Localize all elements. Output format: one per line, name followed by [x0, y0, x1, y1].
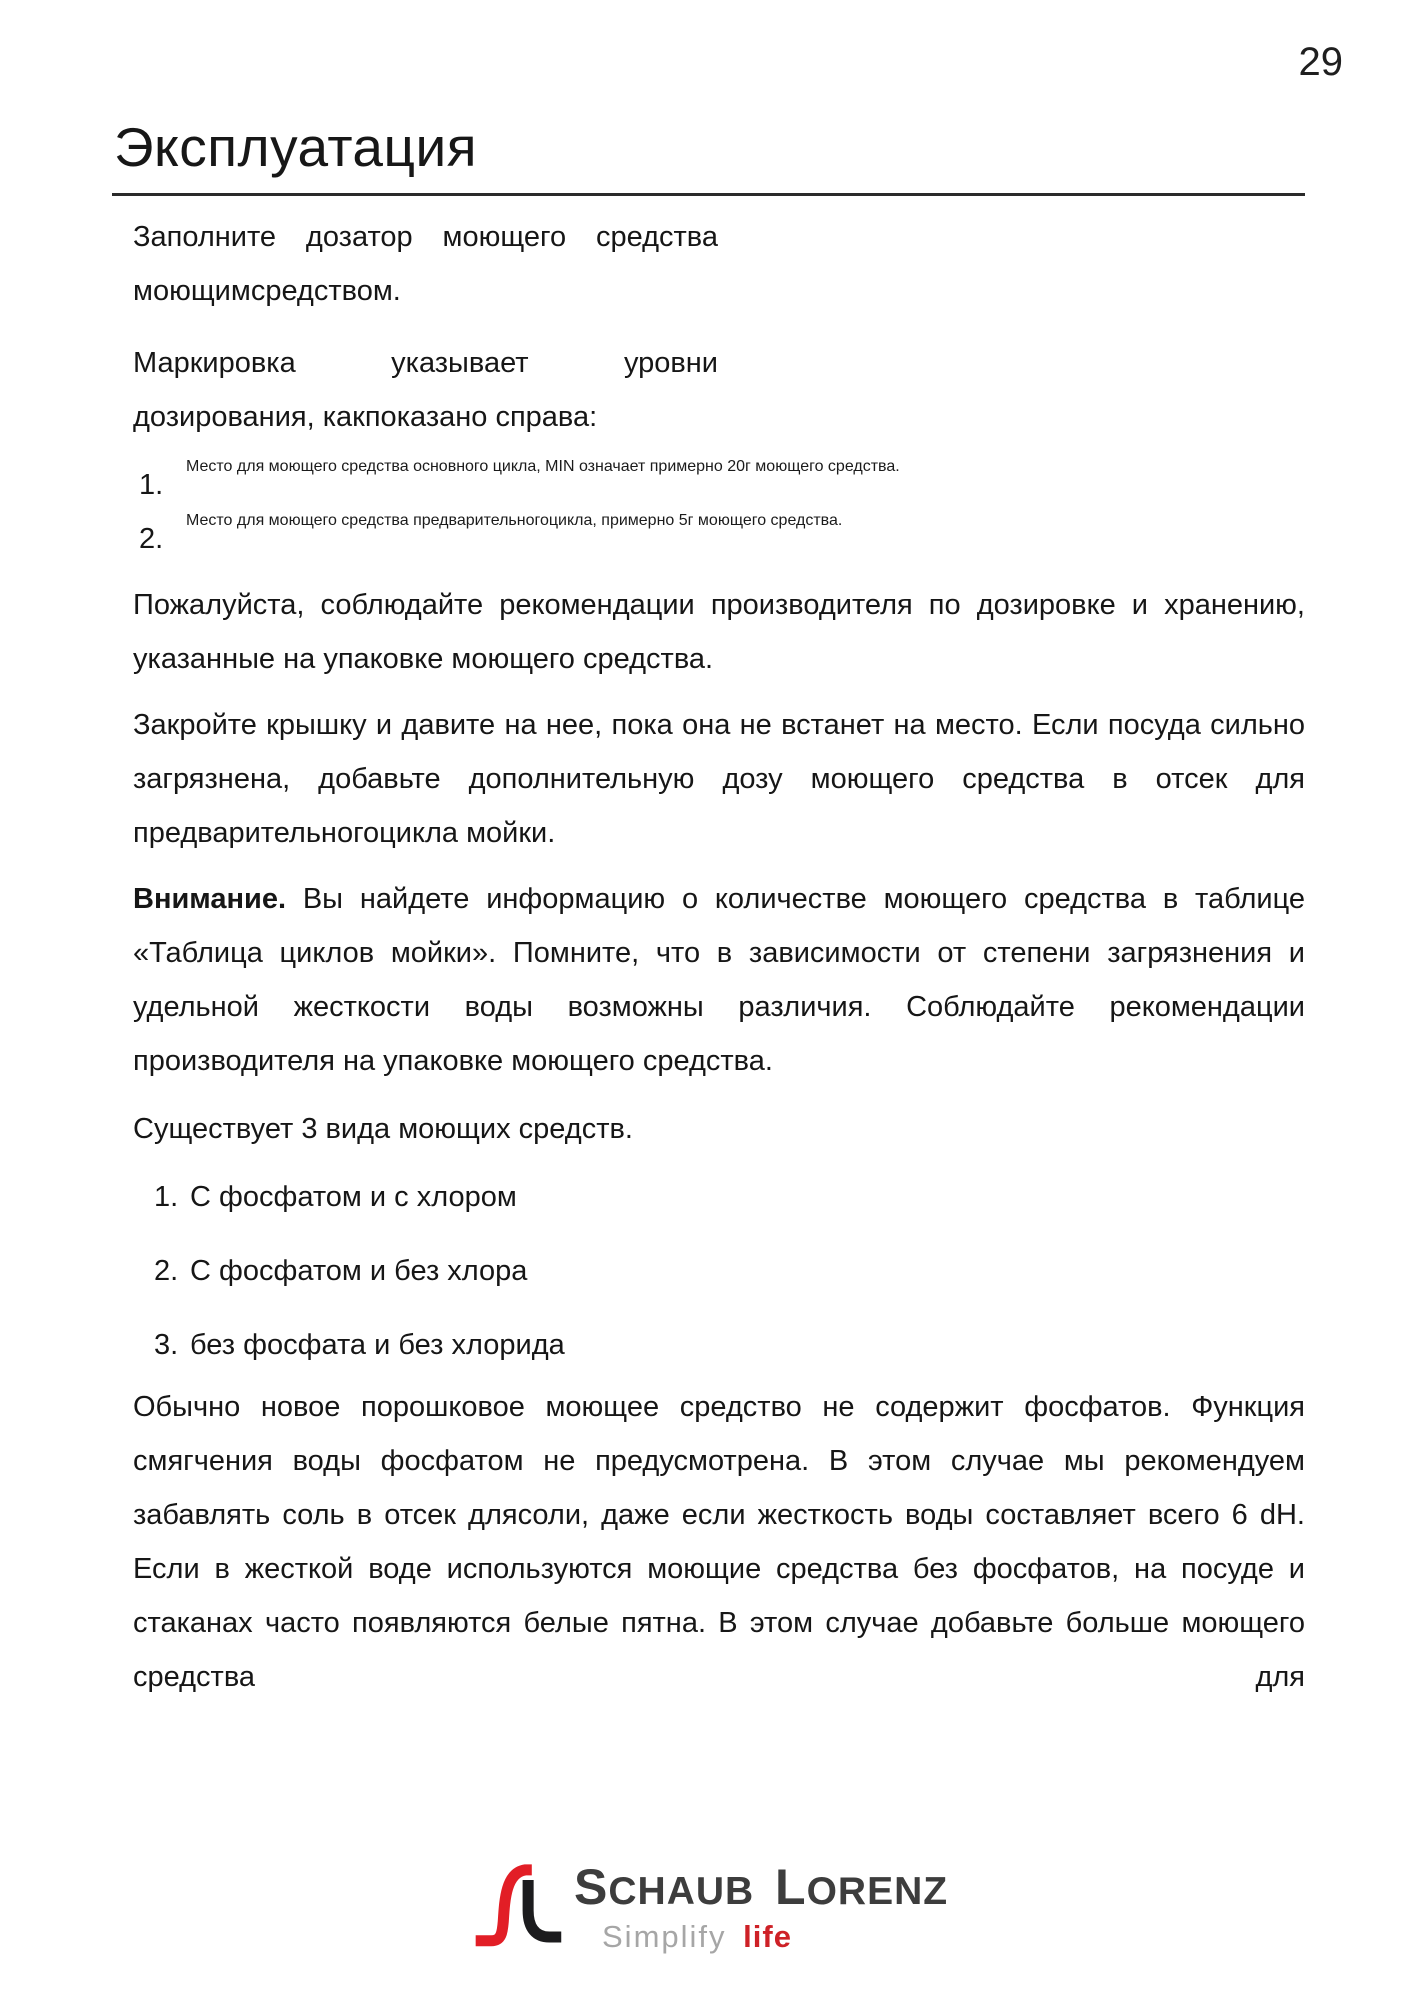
list-item: 2. Место для моющего средства предварите… — [133, 512, 1305, 566]
types-intro-paragraph: Существует 3 вида моющих средств. — [133, 1102, 1305, 1156]
attention-paragraph: Внимание. Вы найдете информацию о количе… — [133, 872, 1305, 1088]
list-item-text: Место для моющего средства предварительн… — [186, 512, 1305, 566]
manual-page: { "page_number": "29", "title": "Эксплуа… — [0, 0, 1409, 2000]
page-content: Эксплуатация Заполните дозатор моющего с… — [0, 120, 1409, 1704]
final-paragraph: Обычно новое порошковое моющее средство … — [133, 1380, 1305, 1704]
list-item-text: Место для моющего средства основного цик… — [186, 458, 1305, 512]
brand-name: Schaub Lorenz — [574, 1856, 948, 1919]
list-item-number: 2. — [133, 512, 186, 566]
schaub-lorenz-logo-icon — [472, 1856, 564, 1950]
intro-paragraph-1: Заполните дозатор моющего средства моющи… — [133, 210, 718, 318]
list-item-number: 2. — [154, 1244, 190, 1298]
list-item: 1. С фосфатом и с хлором — [154, 1170, 1305, 1224]
page-title: Эксплуатация — [112, 120, 1305, 196]
schaub-lorenz-logo: Schaub Lorenz Simplify life — [472, 1856, 948, 1952]
list-item-number: 3. — [154, 1318, 190, 1372]
tagline-simplify: Simplify — [602, 1919, 727, 1954]
list-item: 3. без фосфата и без хлорида — [154, 1318, 1305, 1372]
list-item-text: С фосфатом и с хлором — [190, 1170, 517, 1224]
brand-word-lorenz: Lorenz — [775, 1856, 948, 1919]
dosage-list: 1. Место для моющего средства основного … — [133, 458, 1305, 566]
list-item-text: без фосфата и без хлорида — [190, 1318, 565, 1372]
close-lid-paragraph: Закройте крышку и давите на нее, пока он… — [133, 698, 1305, 860]
list-item-number: 1. — [133, 458, 186, 512]
brand-tagline: Simplify life — [602, 1921, 948, 1952]
list-item: 2. С фосфатом и без хлора — [154, 1244, 1305, 1298]
list-item: 1. Место для моющего средства основного … — [133, 458, 1305, 512]
intro-paragraph-2: Маркировка указывает уровни дозирования,… — [133, 336, 718, 444]
list-item-number: 1. — [154, 1170, 190, 1224]
detergent-types-list: 1. С фосфатом и с хлором 2. С фосфатом и… — [133, 1170, 1305, 1372]
tagline-life: life — [743, 1919, 792, 1954]
manufacturer-paragraph: Пожалуйста, соблюдайте рекомендации прои… — [133, 578, 1305, 686]
list-item-text: С фосфатом и без хлора — [190, 1244, 527, 1298]
brand-word-schaub: Schaub — [574, 1856, 754, 1919]
attention-label: Внимание. — [133, 883, 286, 915]
page-number: 29 — [1299, 42, 1344, 82]
logo-text: Schaub Lorenz Simplify life — [574, 1856, 948, 1952]
attention-body: Вы найдете информацию о количестве моюще… — [133, 883, 1305, 1077]
